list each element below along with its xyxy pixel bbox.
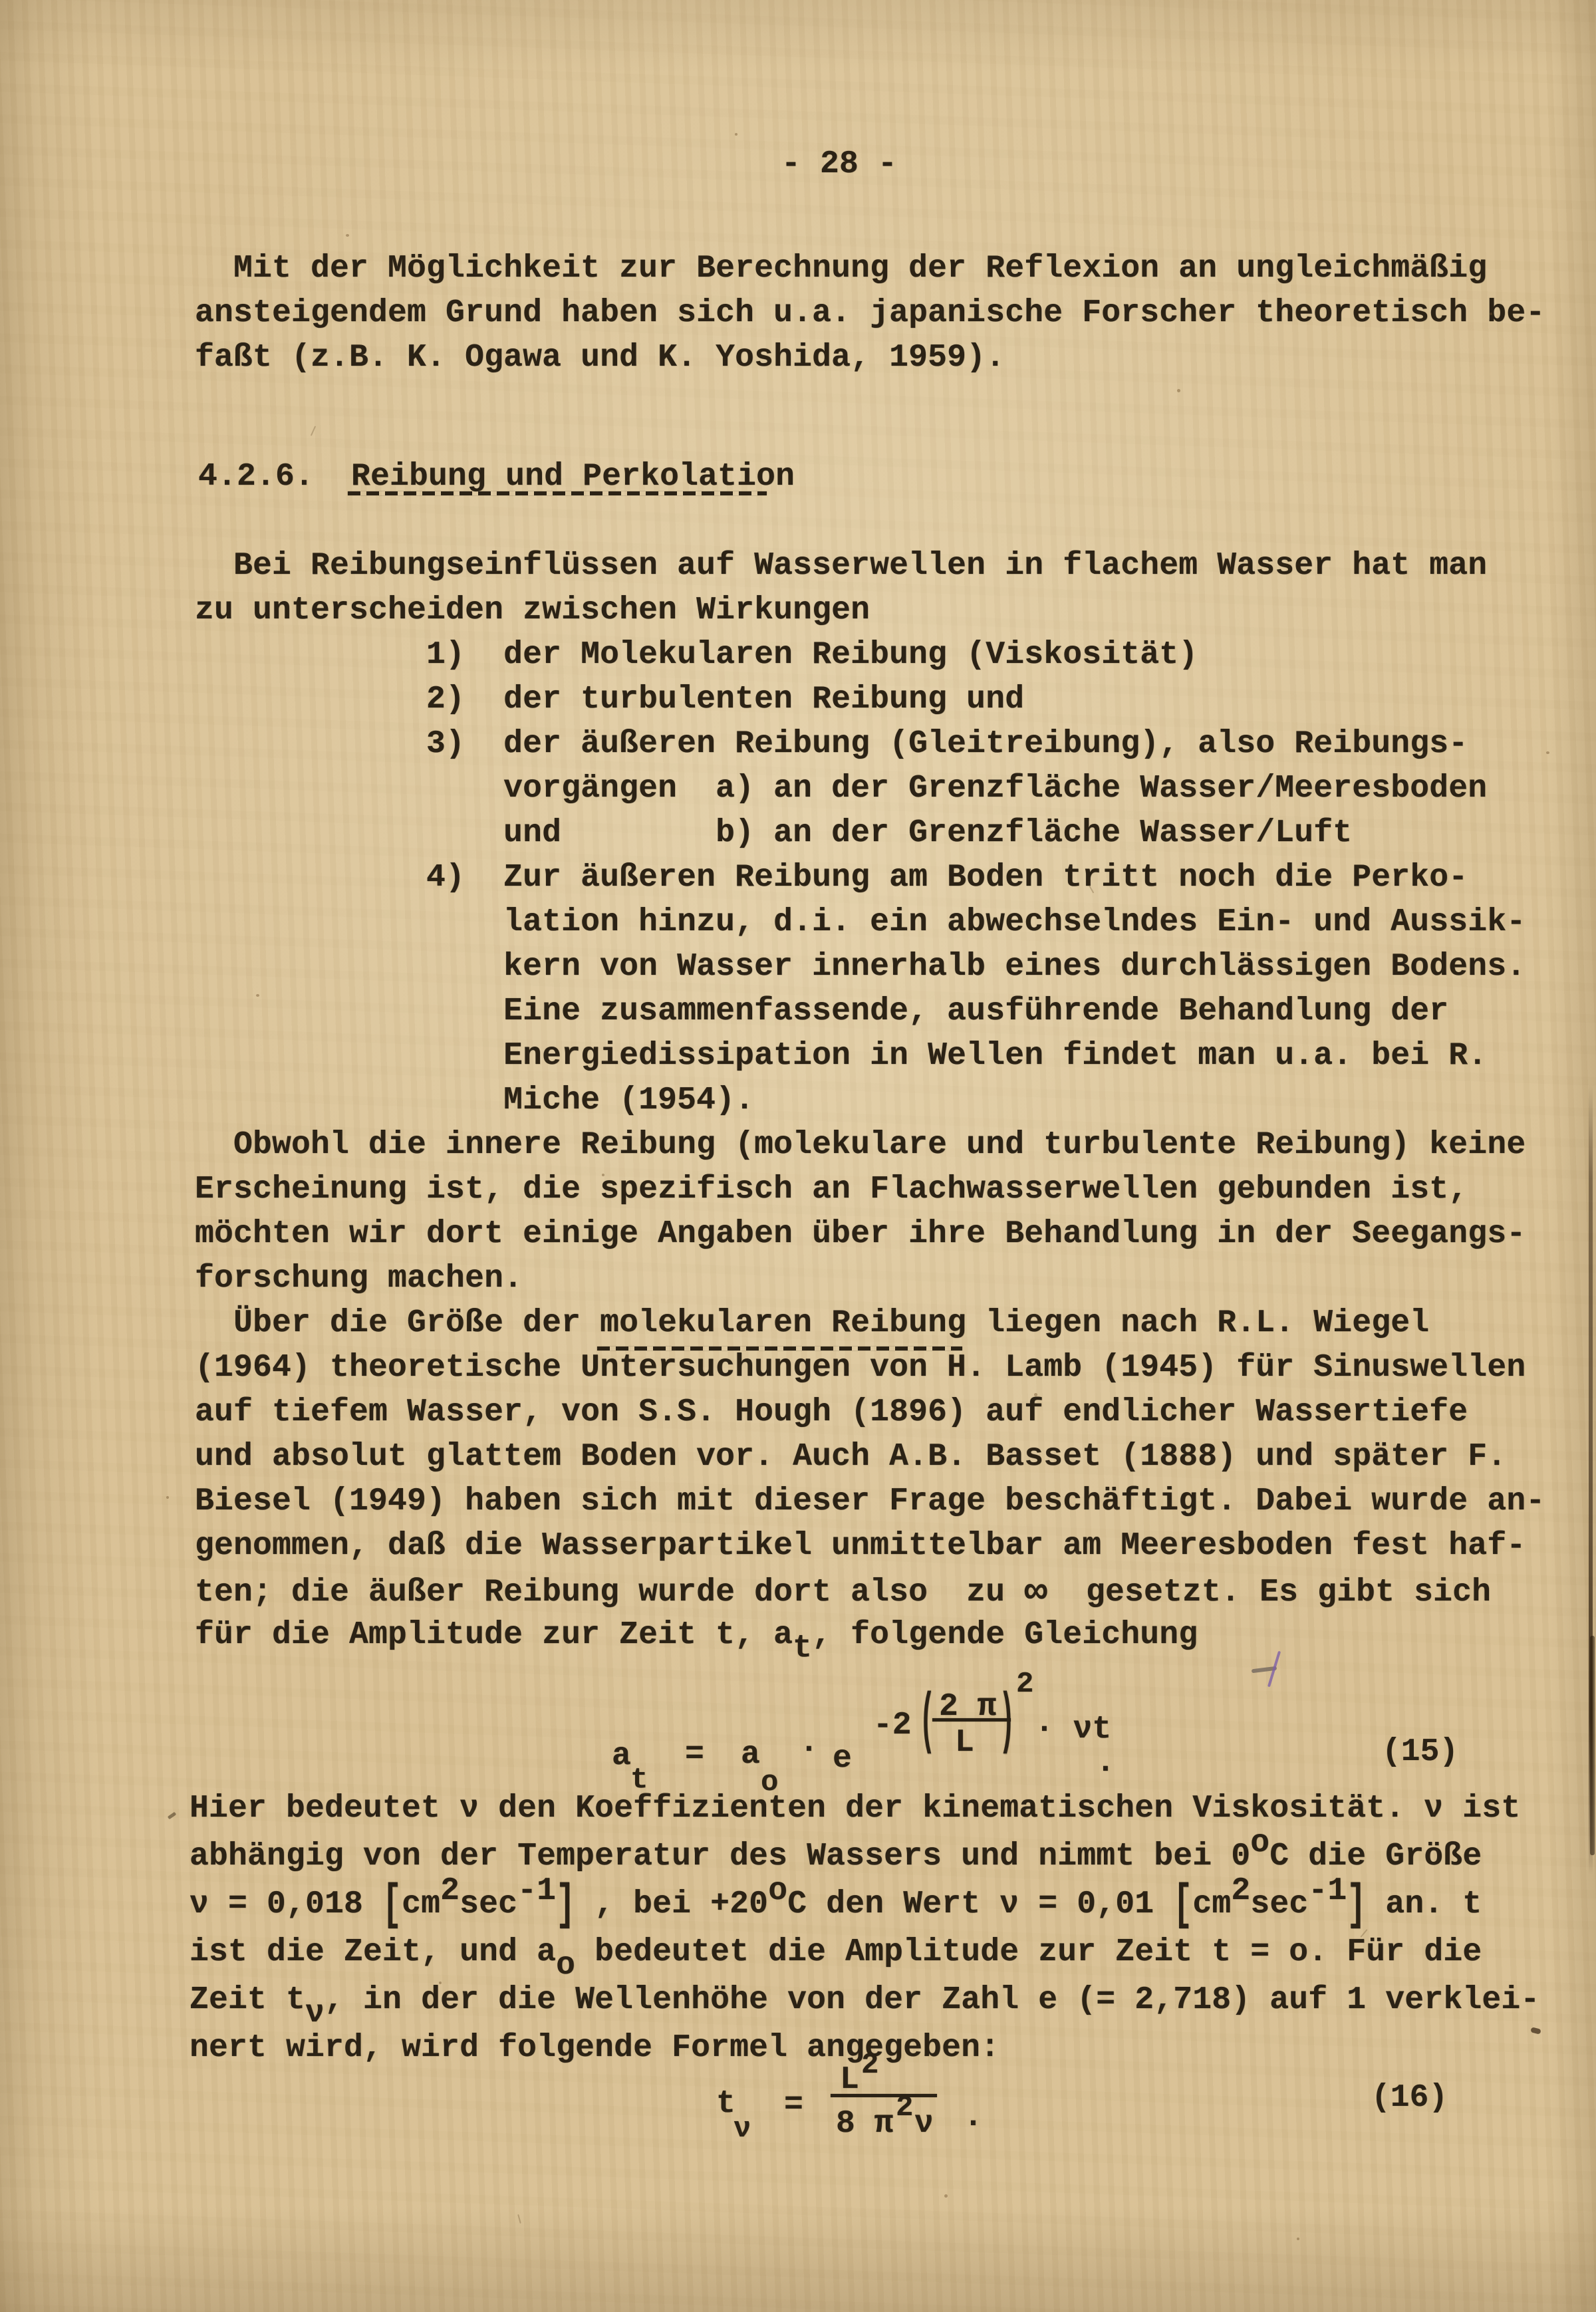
paper-speck [1034, 1393, 1037, 1396]
text-segment: ∞ [1024, 1571, 1047, 1614]
pencil-mark [168, 1812, 177, 1820]
text-segment: t [793, 1630, 812, 1666]
eq16-denominator-exponent: 2 [896, 2091, 913, 2124]
text-segment: bedeutet die Amplitude zur Zeit t = o. F… [575, 1934, 1482, 1970]
text-line: für die Amplitude zur Zeit t, at, folgen… [195, 1613, 1545, 1658]
eq16-numerator-L: L [840, 2062, 859, 2098]
eq15-amplitude-symbol: a [612, 1738, 631, 1774]
text-segment: ν = 0,018 [190, 1886, 382, 1922]
text-segment: [ [1173, 1868, 1192, 1943]
text-segment: -1 [1308, 1873, 1347, 1909]
text-line: und absolut glattem Boden vor. Auch A.B.… [195, 1435, 1545, 1479]
paper-speck [1490, 313, 1492, 315]
text-line: ten; die äußer Reibung wurde dort also z… [195, 1569, 1545, 1613]
paper-speck [1177, 389, 1180, 392]
list-item-3: 3) der äußeren Reibung (Gleitreibung), a… [195, 722, 1545, 767]
text-segment: Zeit t [190, 1982, 305, 2018]
text-segment: o [556, 1948, 575, 1984]
equation-15-number: (15) [1382, 1734, 1458, 1770]
text-line: Zeit tν, in der die Wellenhöhe von der Z… [190, 1976, 1539, 2024]
eq15-multiplication-dot: · [799, 1732, 819, 1767]
paper-speck [602, 1174, 604, 1176]
section-number: 4.2.6. [198, 459, 314, 495]
paper-speck [944, 2194, 948, 2198]
equation-16: t ν = L 2 8 π 2 ν . [716, 2051, 1062, 2164]
text-line: (1964) theoretische Untersuchungen von H… [195, 1346, 1545, 1390]
text-line: ν = 0,018 [cm2sec-1] , bei +20oC den Wer… [190, 1880, 1539, 1928]
eq15-exponent-coefficient: -2 [873, 1708, 912, 1743]
eq16-equals-sign: = [784, 2087, 803, 2123]
text-line: möchten wir dort einige Angaben über ihr… [195, 1212, 1545, 1257]
list-item-4-continued: Energiedissipation in Wellen findet man … [195, 1034, 1545, 1079]
section-title-underline [348, 491, 767, 495]
paper-speck [346, 234, 349, 237]
text-segment: o [1250, 1825, 1269, 1861]
text-line: forschung machen. [195, 1257, 1545, 1301]
text-segment: o [768, 1873, 787, 1909]
list-item-3-continued: vorgängen a) an der Grenzfläche Wasser/M… [195, 767, 1545, 811]
list-item-2: 2) der turbulenten Reibung und [195, 678, 1545, 722]
list-item-3-continued: und b) an der Grenzfläche Wasser/Luft [195, 811, 1545, 856]
text-segment: , bei +20 [575, 1886, 768, 1922]
list-item-4-continued: Eine zusammenfassende, ausführende Behan… [195, 989, 1545, 1034]
eq15-right-parenthesis: ) [999, 1685, 1015, 1760]
paper-speck [166, 1496, 169, 1499]
text-segment: an. t [1366, 1886, 1482, 1922]
text-segment: abhängig von der Temperatur des Wassers … [190, 1839, 1250, 1874]
eq16-numerator-exponent: 2 [861, 2049, 878, 2082]
text-segment: cm [402, 1886, 440, 1922]
list-item-4-continued: lation hinzu, d.i. ein abwechselndes Ein… [195, 900, 1545, 945]
text-segment: C den Wert ν = 0,01 [787, 1886, 1173, 1922]
text-segment: für die Amplitude zur Zeit t, a [195, 1617, 793, 1653]
list-item-4: 4) Zur äußeren Reibung am Boden tritt no… [195, 856, 1545, 900]
text-line: Erscheinung ist, die spezifisch an Flach… [195, 1168, 1545, 1212]
text-line: genommen, daß die Wasserpartikel unmitte… [195, 1524, 1545, 1569]
text-line: zu unterscheiden zwischen Wirkungen [195, 588, 1545, 633]
paper-speck [256, 994, 259, 997]
list-item-4-continued: Miche (1954). [195, 1079, 1545, 1123]
text-segment: ] [556, 1868, 575, 1943]
text-line: Biesel (1949) haben sich mit dieser Frag… [195, 1479, 1545, 1524]
eq15-euler-e: e [833, 1741, 852, 1777]
text-line: ansteigendem Grund haben sich u.a. japan… [195, 291, 1545, 336]
text-segment: cm [1192, 1886, 1231, 1922]
scanned-typewritten-page: - 28 - Mit der Möglichkeit zur Berechnun… [0, 0, 1596, 2312]
paper-fiber [311, 426, 316, 436]
page-number: - 28 - [781, 142, 897, 187]
text-segment: gesetzt. Es gibt sich [1047, 1575, 1491, 1610]
eq16-denominator-nu: ν [914, 2106, 934, 2142]
text-line: Hier bedeutet ν den Koeffizienten der ki… [190, 1785, 1539, 1833]
paper-speck [1297, 2238, 1299, 2240]
eq15-initial-amplitude-symbol: a [741, 1737, 760, 1773]
paper-fiber [517, 2214, 521, 2224]
eq16-time-symbol: t [716, 2086, 735, 2122]
molekularen-reibung-underline [597, 1347, 962, 1350]
paper-speck [439, 1982, 442, 1984]
eq16-period: . [964, 2099, 983, 2135]
text-segment: ist die Zeit, und a [190, 1934, 556, 1970]
text-line: Mit der Möglichkeit zur Berechnung der R… [195, 247, 1545, 291]
text-segment: [ [382, 1868, 402, 1943]
paper-speck [1546, 751, 1549, 754]
text-line: faßt (z.B. K. Ogawa und K. Yoshida, 1959… [195, 336, 1545, 380]
eq16-fraction-bar [831, 2094, 937, 2097]
eq15-period: . [1096, 1745, 1115, 1781]
text-segment: sec [1250, 1886, 1308, 1922]
eq16-subscript-nu: ν [733, 2113, 751, 2146]
text-segment: C die Größe [1269, 1839, 1482, 1874]
intro-paragraph: Mit der Möglichkeit zur Berechnung der R… [195, 247, 1545, 380]
text-segment: , in der die Wellenhöhe von der Zahl e (… [325, 1982, 1539, 2018]
scan-edge-shadow [1590, 1636, 1595, 1855]
eq15-exponent-tail: · νt [1035, 1712, 1111, 1747]
text-line: Bei Reibungseinflüssen auf Wasserwellen … [195, 544, 1545, 588]
main-body-text: Bei Reibungseinflüssen auf Wasserwellen … [195, 544, 1545, 1658]
text-line: Über die Größe der molekularen Reibung l… [195, 1301, 1545, 1346]
list-item-1: 1) der Molekularen Reibung (Viskosität) [195, 633, 1545, 678]
text-line: auf tiefem Wasser, von S.S. Hough (1896)… [195, 1390, 1545, 1435]
paper-speck [735, 133, 737, 136]
eq15-left-parenthesis: ( [920, 1685, 935, 1760]
list-item-4-continued: kern von Wasser innerhalb eines durchläs… [195, 945, 1545, 989]
eq16-denominator-8pi: 8 π [836, 2106, 893, 2142]
text-segment: sec [460, 1886, 517, 1922]
text-segment: 2 [1231, 1873, 1250, 1909]
viscosity-paragraph: Hier bedeutet ν den Koeffizienten der ki… [190, 1785, 1539, 2072]
eq15-equals-sign: = [685, 1737, 704, 1773]
text-segment: ν [305, 1995, 325, 2031]
text-segment: -1 [517, 1873, 556, 1909]
section-title: Reibung und Perkolation [351, 459, 795, 495]
text-segment: ten; die äußer Reibung wurde dort also z… [195, 1575, 1024, 1610]
equation-16-number: (16) [1371, 2080, 1448, 2116]
text-segment: 2 [440, 1873, 460, 1909]
text-segment: , folgende Gleichung [812, 1617, 1198, 1653]
eq15-fraction-denominator: L [955, 1725, 974, 1761]
eq15-exponent-power: 2 [1016, 1668, 1033, 1701]
text-line: Obwohl die innere Reibung (molekulare un… [195, 1123, 1545, 1168]
